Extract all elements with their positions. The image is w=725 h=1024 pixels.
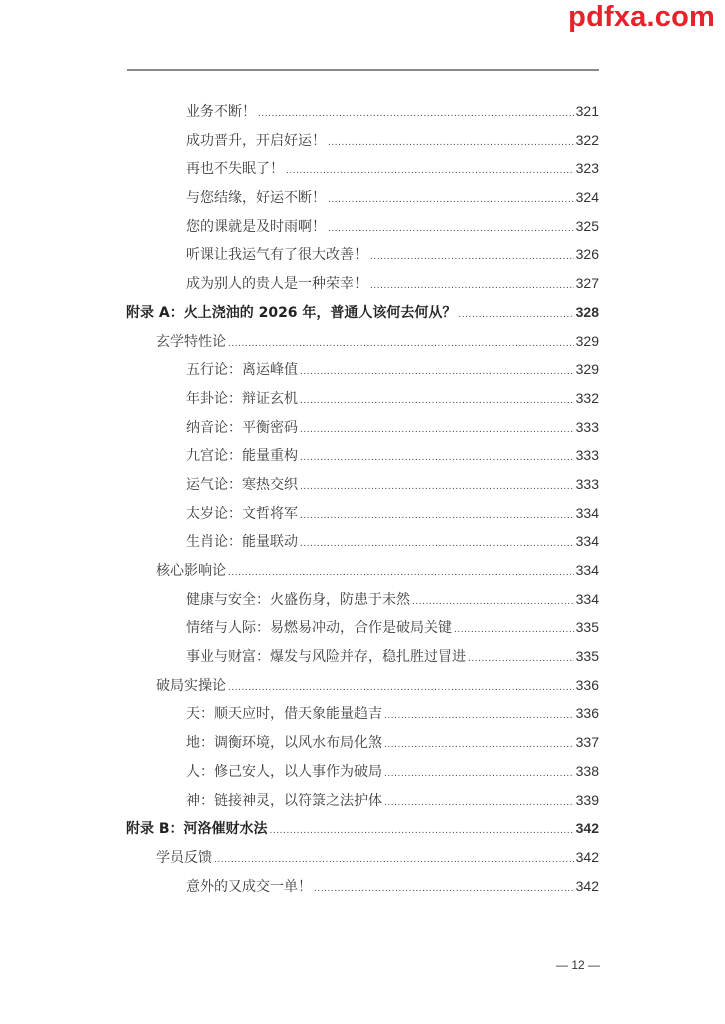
header-divider [127, 69, 599, 71]
toc-entry-title: 太岁论：文哲将军 [186, 500, 298, 529]
toc-entry[interactable]: 您的课就是及时雨啊！ 325 [126, 212, 599, 241]
toc-entry[interactable]: 附录 A：火上浇油的 2026 年，普通人该何去何从？ 328 [126, 298, 599, 327]
toc-entry[interactable]: 事业与财富：爆发与风险并存，稳扎胜过冒进 335 [126, 642, 599, 671]
toc-entry-title: 玄学特性论 [156, 328, 226, 357]
dot-leader [286, 157, 574, 186]
toc-entry[interactable]: 破局实操论 336 [126, 671, 599, 700]
toc-entry[interactable]: 五行论：离运峰值 329 [126, 355, 599, 384]
toc-entry-page-number: 337 [576, 728, 599, 757]
toc-entry-page-number: 332 [576, 384, 599, 413]
toc-entry[interactable]: 年卦论：辩证玄机 332 [126, 384, 599, 413]
toc-entry-page-number: 334 [576, 499, 599, 528]
toc-entry[interactable]: 成为别人的贵人是一种荣幸！ 327 [126, 269, 599, 298]
toc-entry-title: 听课让我运气有了很大改善！ [186, 241, 368, 270]
toc-entry[interactable]: 情绪与人际：易燃易冲动，合作是破局关键 335 [126, 613, 599, 642]
dot-leader [314, 875, 574, 904]
dot-leader [300, 530, 574, 559]
toc-entry-page-number: 329 [576, 355, 599, 384]
toc-entry-title: 纳音论：平衡密码 [186, 414, 298, 443]
toc-entry-page-number: 329 [576, 327, 599, 356]
dot-leader [384, 760, 574, 789]
toc-entry-title: 生肖论：能量联动 [186, 528, 298, 557]
toc-entry[interactable]: 天：顺天应时，借天象能量趋吉 336 [126, 699, 599, 728]
toc-entry[interactable]: 意外的又成交一单！ 342 [126, 872, 599, 901]
toc-entry-page-number: 342 [576, 843, 599, 872]
toc-entry-title: 运气论：寒热交织 [186, 471, 298, 500]
toc-entry-page-number: 339 [576, 786, 599, 815]
toc-entry-page-number: 327 [576, 269, 599, 298]
toc-entry-title: 成功晋升，开启好运！ [186, 127, 326, 156]
toc-entry[interactable]: 核心影响论 334 [126, 556, 599, 585]
dot-leader [468, 645, 574, 674]
toc-entry-title: 核心影响论 [156, 557, 226, 586]
toc-entry[interactable]: 玄学特性论 329 [126, 327, 599, 356]
toc-entry[interactable]: 运气论：寒热交织 333 [126, 470, 599, 499]
toc-entry[interactable]: 太岁论：文哲将军 334 [126, 499, 599, 528]
dot-leader [228, 674, 574, 703]
dot-leader [454, 616, 574, 645]
dot-leader [370, 272, 574, 301]
toc-entry-page-number: 334 [576, 556, 599, 585]
toc-entry-page-number: 334 [576, 527, 599, 556]
toc-entry-title: 五行论：离运峰值 [186, 356, 298, 385]
toc-entry-title: 健康与安全：火盛伤身，防患于未然 [186, 586, 410, 615]
toc-entry[interactable]: 神：链接神灵，以符箓之法护体 339 [126, 786, 599, 815]
toc-entry-page-number: 333 [576, 470, 599, 499]
toc-entry-page-number: 326 [576, 240, 599, 269]
dot-leader [300, 387, 574, 416]
toc-entry-page-number: 338 [576, 757, 599, 786]
dot-leader [370, 243, 574, 272]
toc-entry-page-number: 335 [576, 613, 599, 642]
toc-entry-title: 地：调衡环境，以风水布局化煞 [186, 729, 382, 758]
toc-entry[interactable]: 健康与安全：火盛伤身，防患于未然 334 [126, 585, 599, 614]
toc-entry-page-number: 334 [576, 585, 599, 614]
page-number: — 12 — [556, 958, 600, 972]
toc-entry-title: 附录 A：火上浇油的 2026 年，普通人该何去何从？ [126, 299, 456, 328]
toc-entry-title: 成为别人的贵人是一种荣幸！ [186, 270, 368, 299]
dot-leader [384, 789, 574, 818]
dot-leader [384, 731, 574, 760]
table-of-contents: 业务不断！ 321 成功晋升，开启好运！ 322 再也不失眠了！ 323 与您结… [126, 97, 599, 900]
toc-entry[interactable]: 听课让我运气有了很大改善！ 326 [126, 240, 599, 269]
toc-entry-page-number: 325 [576, 212, 599, 241]
toc-entry[interactable]: 再也不失眠了！ 323 [126, 154, 599, 183]
toc-entry-title: 再也不失眠了！ [186, 155, 284, 184]
dot-leader [270, 817, 574, 846]
toc-entry-page-number: 324 [576, 183, 599, 212]
toc-entry[interactable]: 纳音论：平衡密码 333 [126, 413, 599, 442]
toc-entry-title: 意外的又成交一单！ [186, 873, 312, 902]
toc-entry-page-number: 333 [576, 441, 599, 470]
toc-entry-title: 情绪与人际：易燃易冲动，合作是破局关键 [186, 614, 452, 643]
toc-entry[interactable]: 与您结缘，好运不断！ 324 [126, 183, 599, 212]
dot-leader [300, 416, 574, 445]
toc-entry[interactable]: 附录 B：河洛催财水法 342 [126, 814, 599, 843]
toc-entry-page-number: 333 [576, 413, 599, 442]
toc-entry[interactable]: 成功晋升，开启好运！ 322 [126, 126, 599, 155]
toc-entry-title: 事业与财富：爆发与风险并存，稳扎胜过冒进 [186, 643, 466, 672]
dot-leader [214, 846, 574, 875]
dot-leader [328, 215, 574, 244]
toc-entry-title: 业务不断！ [186, 98, 256, 127]
dot-leader [412, 588, 574, 617]
toc-entry-title: 年卦论：辩证玄机 [186, 385, 298, 414]
toc-entry-page-number: 336 [576, 699, 599, 728]
toc-entry[interactable]: 业务不断！ 321 [126, 97, 599, 126]
toc-entry[interactable]: 学员反馈 342 [126, 843, 599, 872]
toc-entry-title: 您的课就是及时雨啊！ [186, 213, 326, 242]
toc-entry-title: 人：修己安人，以人事作为破局 [186, 758, 382, 787]
dot-leader [258, 100, 574, 129]
toc-entry[interactable]: 人：修己安人，以人事作为破局 338 [126, 757, 599, 786]
watermark-logo: pdfxa.com [568, 0, 715, 34]
dot-leader [384, 702, 574, 731]
toc-entry-page-number: 323 [576, 154, 599, 183]
toc-entry-title: 天：顺天应时，借天象能量趋吉 [186, 700, 382, 729]
toc-entry-page-number: 322 [576, 126, 599, 155]
dot-leader [328, 129, 574, 158]
toc-entry-title: 附录 B：河洛催财水法 [126, 815, 268, 844]
dot-leader [300, 444, 574, 473]
toc-entry[interactable]: 地：调衡环境，以风水布局化煞 337 [126, 728, 599, 757]
dot-leader [228, 559, 574, 588]
dot-leader [300, 473, 574, 502]
toc-entry-page-number: 335 [576, 642, 599, 671]
dot-leader [328, 186, 574, 215]
dot-leader [228, 330, 574, 359]
toc-entry-page-number: 342 [576, 872, 599, 901]
toc-entry-title: 学员反馈 [156, 844, 212, 873]
toc-entry-title: 破局实操论 [156, 672, 226, 701]
toc-entry-page-number: 342 [576, 814, 599, 843]
toc-entry-title: 九宫论：能量重构 [186, 442, 298, 471]
toc-entry-title: 神：链接神灵，以符箓之法护体 [186, 787, 382, 816]
toc-entry-page-number: 336 [576, 671, 599, 700]
toc-entry-page-number: 328 [576, 298, 599, 327]
toc-entry-title: 与您结缘，好运不断！ [186, 184, 326, 213]
dot-leader [300, 502, 574, 531]
toc-entry-page-number: 321 [576, 97, 599, 126]
toc-entry[interactable]: 生肖论：能量联动 334 [126, 527, 599, 556]
dot-leader [458, 301, 573, 330]
toc-entry[interactable]: 九宫论：能量重构 333 [126, 441, 599, 470]
dot-leader [300, 358, 574, 387]
